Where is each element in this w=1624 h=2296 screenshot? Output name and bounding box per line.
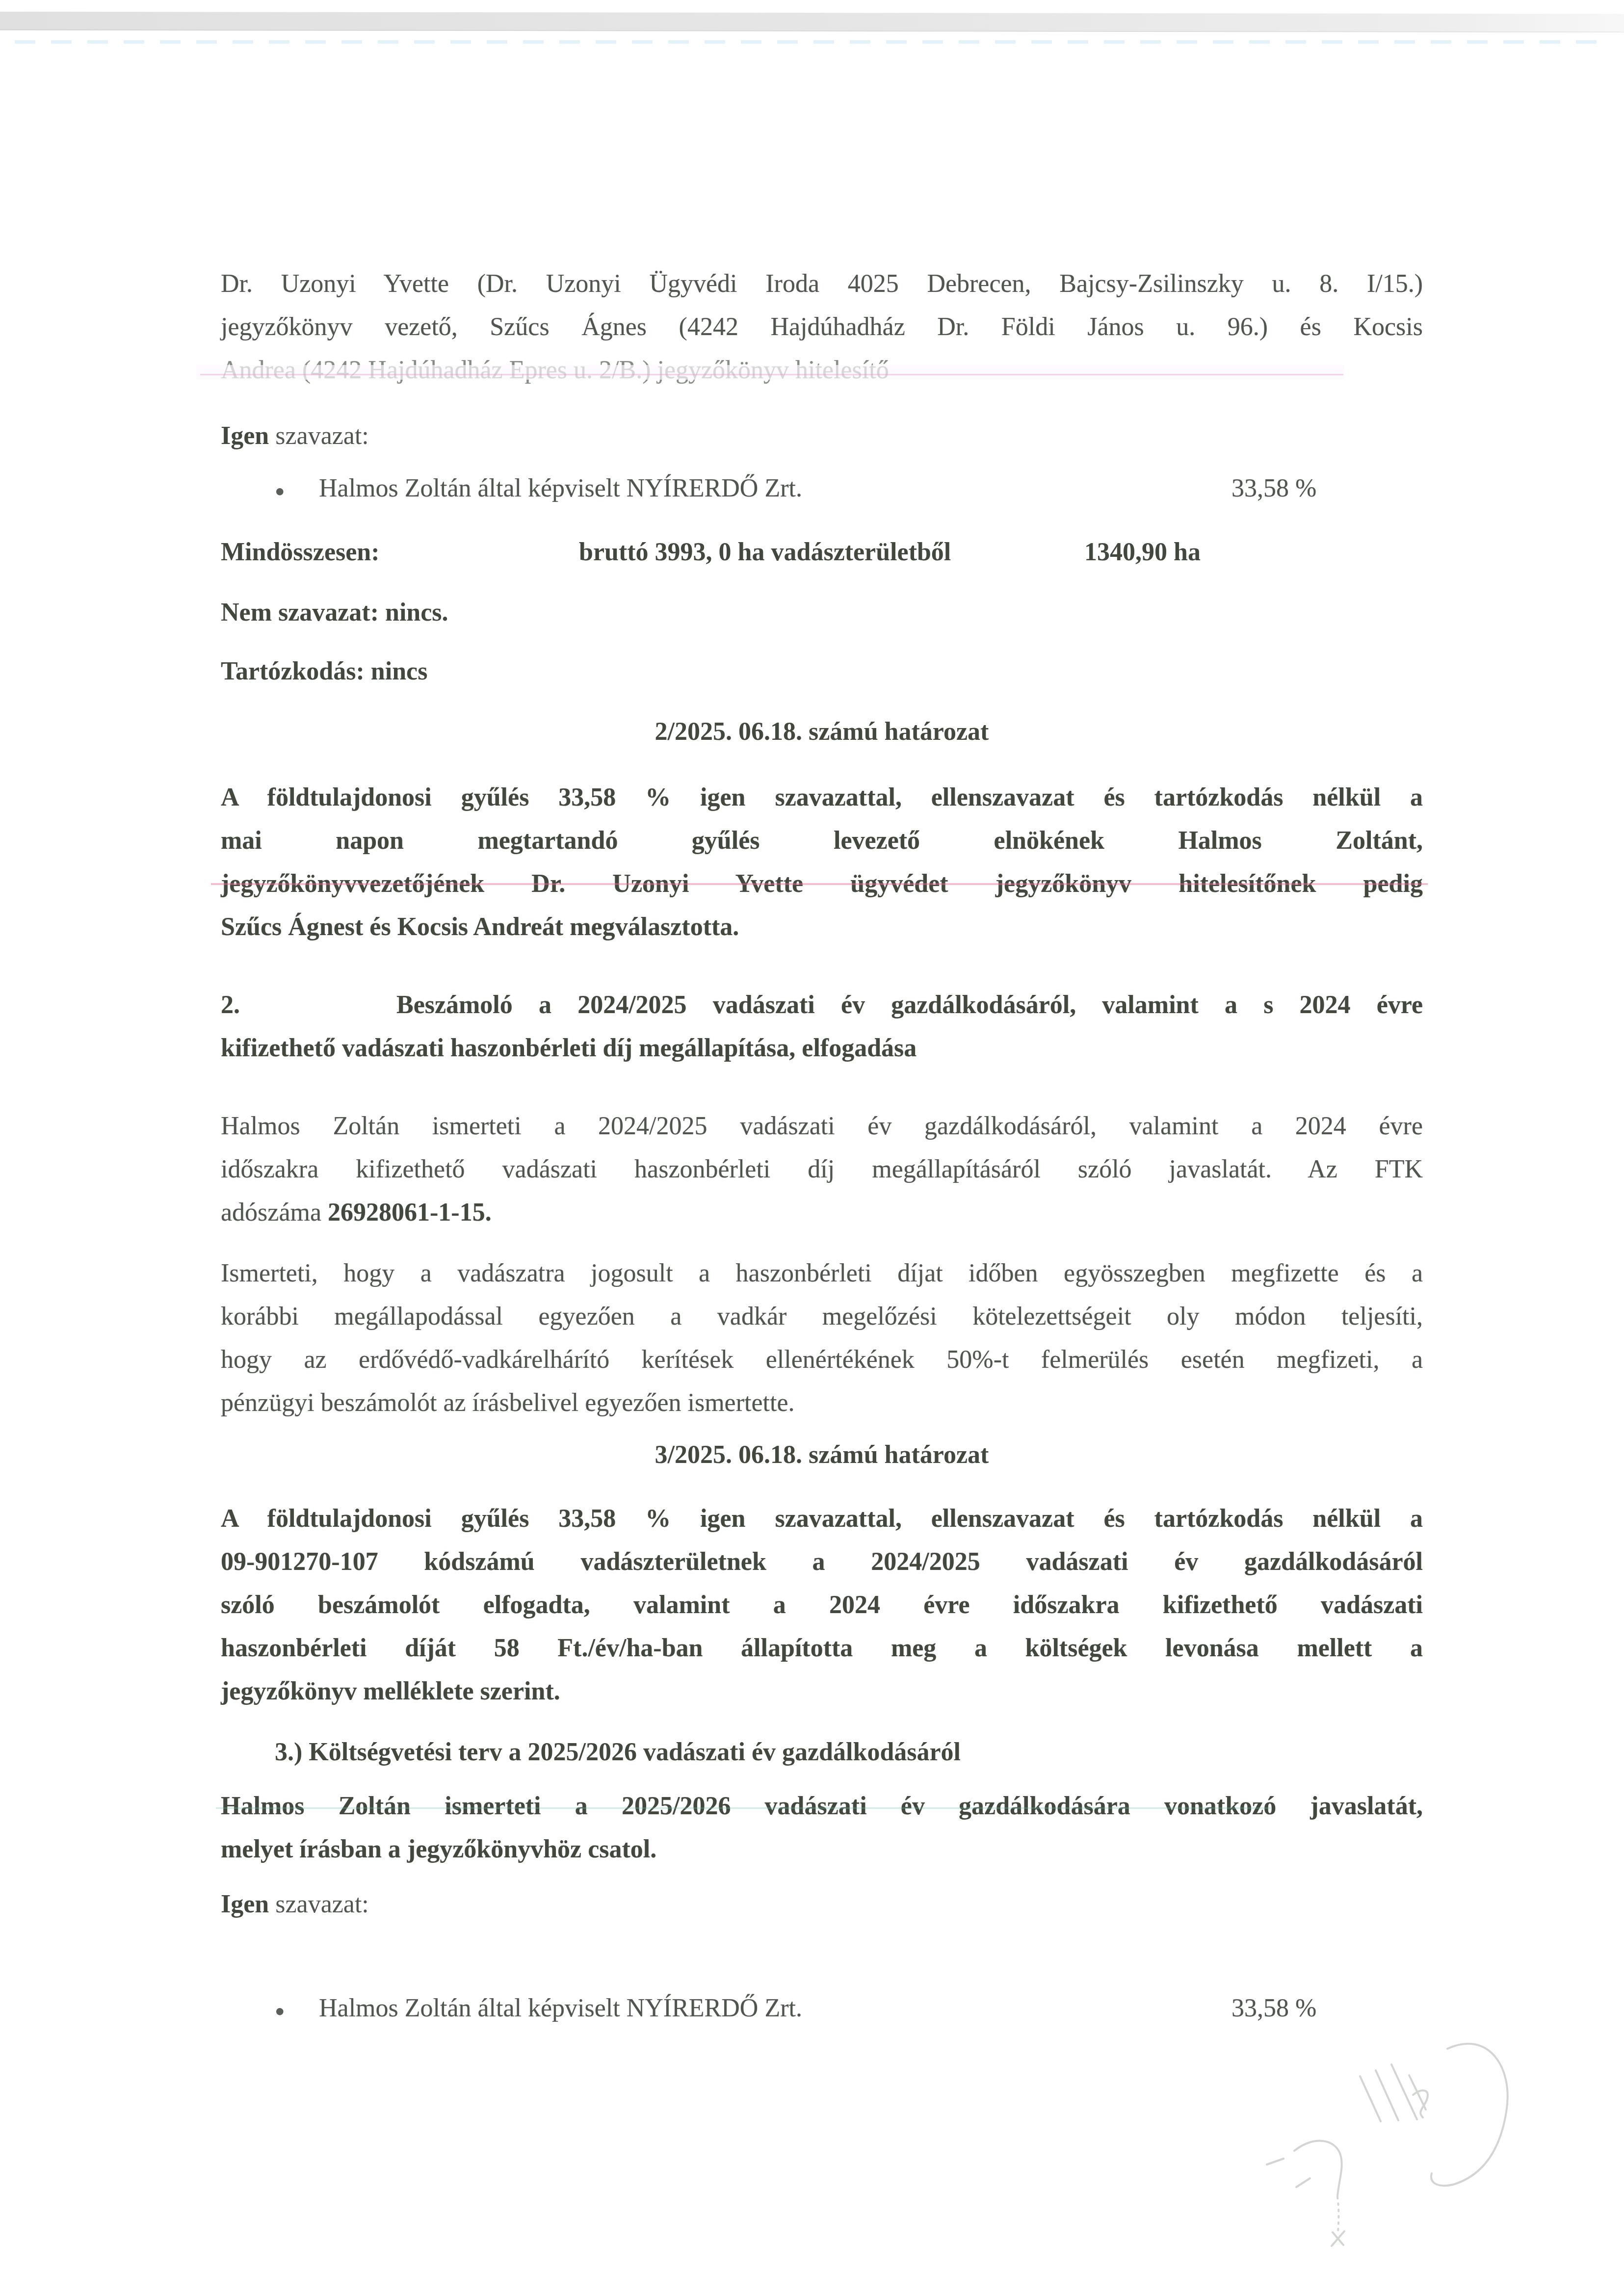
yes-vote-label: Igen szavazat: (221, 415, 1423, 458)
tax-number: 26928061-1-15. (328, 1199, 492, 1226)
yes-vote-label: Igen szavazat: (221, 1883, 1423, 1926)
text-line: Szűcs Ágnest és Kocsis Andreát megválasz… (221, 906, 1423, 949)
text-line: mai napon megtartandó gyűlés levezető el… (221, 819, 1423, 862)
total-label: Mindösszesen: (221, 531, 380, 574)
scan-artifact-white-wash (196, 365, 1344, 380)
scan-artifact-teal-line (216, 1807, 1271, 1809)
paragraph-lease-details: Ismerteti, hogy a vadászatra jogosult a … (221, 1252, 1423, 1425)
vote-entity: Halmos Zoltán által képviselt NYÍRERDŐ Z… (319, 467, 802, 510)
yes-word: Igen (221, 422, 269, 450)
paragraph-budget-plan: Halmos Zoltán ismerteti a 2025/2026 vadá… (221, 1785, 1423, 1871)
bullet-icon: ● (275, 1990, 285, 2033)
signature-scribble (1236, 2002, 1550, 2257)
agenda-item-3-heading: 3.) Költségvetési terv a 2025/2026 vadás… (221, 1731, 1423, 1774)
total-row: Mindösszesen: bruttó 3993, 0 ha vadászte… (221, 531, 1423, 574)
text-line: Halmos Zoltán ismerteti a 2025/2026 vadá… (221, 1785, 1423, 1828)
resolution-3-title: 3/2025. 06.18. számú határozat (221, 1434, 1423, 1477)
text-line: adószáma 26928061-1-15. (221, 1191, 1423, 1234)
text-line: Dr. Uzonyi Yvette (Dr. Uzonyi Ügyvédi Ir… (221, 262, 1423, 306)
text-line: hogy az erdővédő-vadkárelhárító kerítése… (221, 1338, 1423, 1382)
vote-entity: Halmos Zoltán által képviselt NYÍRERDŐ Z… (319, 1987, 802, 2030)
scanned-document-page: Dr. Uzonyi Yvette (Dr. Uzonyi Ügyvédi Ir… (0, 0, 1624, 2296)
resolution-2-title: 2/2025. 06.18. számú határozat (221, 710, 1423, 754)
tax-number-prefix: adószáma (221, 1199, 328, 1226)
text-line: pénzügyi beszámolót az írásbelivel egyez… (221, 1382, 1423, 1425)
total-area: bruttó 3993, 0 ha vadászterületből (579, 531, 951, 574)
total-hectares: 1340,90 ha (1084, 531, 1201, 574)
text-line: 09-901270-107 kódszámú vadászterületnek … (221, 1540, 1423, 1584)
resolution-3-body: A földtulajdonosi gyűlés 33,58 % igen sz… (221, 1497, 1423, 1713)
bullet-icon: ● (275, 470, 285, 513)
vote-word: szavazat: (269, 422, 369, 450)
text-line: A földtulajdonosi gyűlés 33,58 % igen sz… (221, 1497, 1423, 1540)
yes-word: Igen (221, 1890, 269, 1918)
paragraph-report-intro: Halmos Zoltán ismerteti a 2024/2025 vadá… (221, 1105, 1423, 1234)
text-line: kifizethető vadászati haszonbérleti díj … (221, 1027, 1423, 1070)
vote-row: ● Halmos Zoltán által képviselt NYÍRERDŐ… (221, 467, 1423, 510)
agenda-item-2-heading: 2. Beszámoló a 2024/2025 vadászati év ga… (221, 984, 1423, 1070)
scan-artifact-pink-line-1 (200, 374, 1343, 375)
text-line: jegyzőkönyv melléklete szerint. (221, 1670, 1423, 1713)
text-line: szóló beszámolót elfogadta, valamint a 2… (221, 1584, 1423, 1627)
abstention-line: Tartózkodás: nincs (221, 650, 1423, 693)
document-content: Dr. Uzonyi Yvette (Dr. Uzonyi Ügyvédi Ir… (221, 0, 1423, 86)
text-line: jegyzőkönyv vezető, Szűcs Ágnes (4242 Ha… (221, 306, 1423, 349)
text-line: Halmos Zoltán ismerteti a 2024/2025 vadá… (221, 1105, 1423, 1148)
text-line: A földtulajdonosi gyűlés 33,58 % igen sz… (221, 776, 1423, 819)
text-line: korábbi megállapodással egyezően a vadká… (221, 1295, 1423, 1338)
text-line: haszonbérleti díját 58 Ft./év/ha-ban áll… (221, 1627, 1423, 1670)
no-vote-line: Nem szavazat: nincs. (221, 591, 1423, 634)
vote-word: szavazat: (269, 1890, 369, 1918)
text-line: Ismerteti, hogy a vadászatra jogosult a … (221, 1252, 1423, 1295)
text-line: időszakra kifizethető vadászati haszonbé… (221, 1148, 1423, 1191)
vote-percent: 33,58 % (1231, 467, 1316, 510)
text-line: 2. Beszámoló a 2024/2025 vadászati év ga… (221, 984, 1423, 1027)
scan-artifact-pink-line-2 (211, 883, 1428, 885)
text-line: melyet írásban a jegyzőkönyvhöz csatol. (221, 1828, 1423, 1871)
resolution-2-body: A földtulajdonosi gyűlés 33,58 % igen sz… (221, 776, 1423, 949)
